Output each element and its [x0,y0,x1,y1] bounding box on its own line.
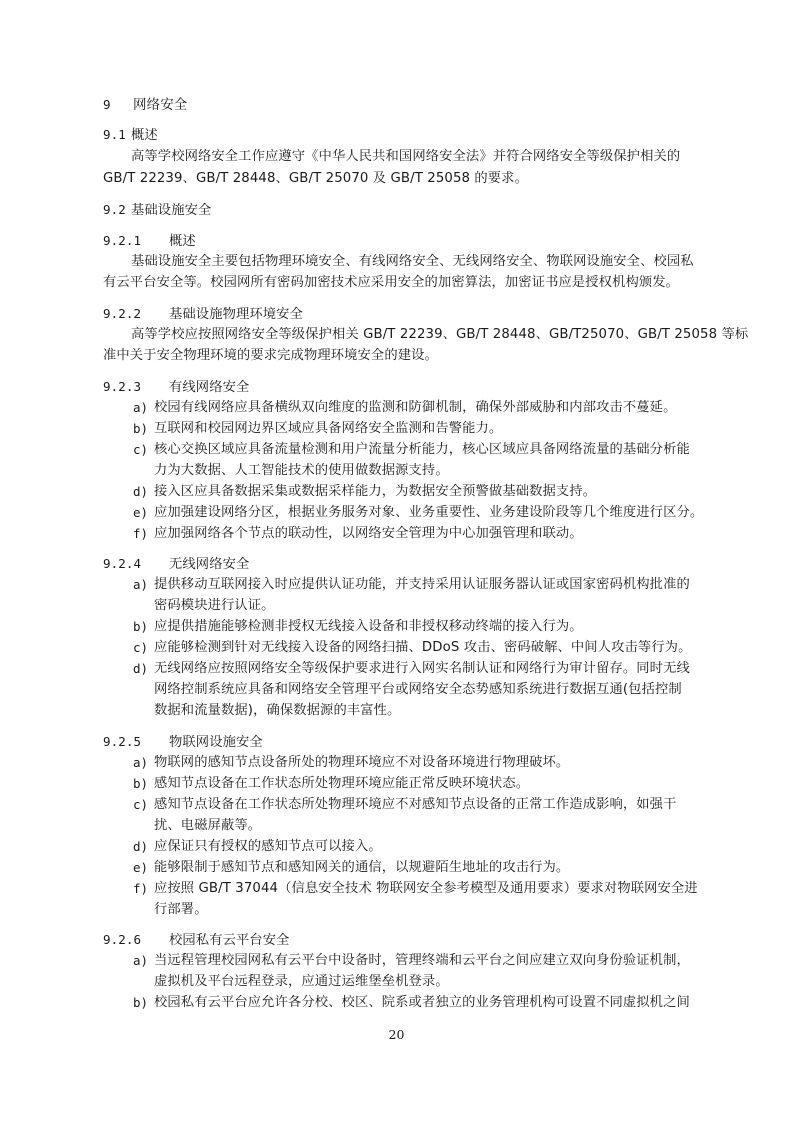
heading-title: 概述 [169,234,196,249]
heading-title: 基础设施安全 [131,203,211,218]
list-item-line: 力为大数据、人工智能技术的使用做数据源支持。 [154,462,449,480]
list-item-line: 应能够检测到针对无线接入设备的网络扫描、DDoS 攻击、密码破解、中间人攻击等行… [154,639,691,657]
list-marker: a) [133,399,148,417]
list-marker: c) [133,441,148,459]
list-item-line: 物联网的感知节点设备所处的物理环境应不对设备环境进行物理破坏。 [154,754,569,772]
list-marker: e) [133,504,148,522]
heading-9-2: 9.2基础设施安全 [103,201,211,220]
list-item-line: 无线网络应按照网络安全等级保护要求进行入网实名制认证和网络行为审计留存。同时无线 [154,660,690,678]
list-item-line: 当远程管理校园网私有云平台中设备时，管理终端和云平台之间应建立双向身份验证机制， [154,952,690,970]
heading-number: 9.2.2 [103,305,169,323]
list-item-line: 应加强网络各个节点的联动性，以网络安全管理为中心加强管理和联动。 [154,525,583,543]
heading-9-1: 9.1概述 [103,126,158,145]
list-item-line: 应提供措施能够检测非授权无线接入设备和非授权移动终端的接入行为。 [154,618,583,636]
heading-title: 无线网络安全 [169,557,249,572]
list-item-line: 互联网和校园网边界区域应具备网络安全监测和告警能力。 [154,420,502,438]
heading-number: 9.2.4 [103,555,169,573]
list-item-line: 能够限制于感知节点和感知网关的通信，以规避陌生地址的攻击行为。 [154,859,569,877]
heading-9-2-5: 9.2.5物联网设施安全 [103,733,263,752]
paragraph-line: 准中关于安全物理环境的要求完成物理环境安全的建设。 [103,347,438,365]
list-item-line: 校园有线网络应具备横纵双向维度的监测和防御机制，确保外部威胁和内部攻击不蔓延。 [154,399,676,417]
heading-number: 9.2.5 [103,733,169,751]
list-marker: f) [133,525,148,543]
heading-number: 9.2 [103,201,131,219]
paragraph-line: 高等学校网络安全工作应遵守《中华人民共和国网络安全法》并符合网络安全等级保护相关… [131,148,680,166]
heading-9-2-3: 9.2.3有线网络安全 [103,378,249,397]
list-item-line: 网络控制系统应具备和网络安全管理平台或网络安全态势感知系统进行数据互通(包括控制 [154,681,682,699]
list-item-line: 行部署。 [154,901,208,919]
paragraph-line: 有云平台安全等。校园网所有密码加密技术应采用安全的加密算法，加密证书应是授权机构… [103,274,679,292]
heading-title: 概述 [131,128,158,143]
list-item-line: 核心交换区域应具备流量检测和用户流量分析能力，核心区域应具备网络流量的基础分析能 [154,441,690,459]
list-item-line: 扰、电磁屏蔽等。 [154,817,261,835]
paragraph-line: 基础设施安全主要包括物理环境安全、有线网络安全、无线网络安全、物联网设施安全、校… [131,253,694,271]
page-number: 20 [0,1027,793,1042]
heading-9-2-6: 9.2.6校园私有云平台安全 [103,931,290,950]
list-marker: e) [133,859,148,877]
list-marker: d) [133,483,148,501]
list-marker: b) [133,618,148,636]
heading-title: 网络安全 [133,97,187,113]
heading-title: 校园私有云平台安全 [169,933,290,948]
heading-number: 9.1 [103,126,131,144]
heading-number: 9.2.1 [103,232,169,250]
list-item-line: 应保证只有授权的感知节点可以接入。 [154,838,382,856]
paragraph-line: 高等学校应按照网络安全等级保护相关 GB/T 22239、GB/T 28448、… [131,326,748,344]
document-page: 9网络安全 9.1概述 高等学校网络安全工作应遵守《中华人民共和国网络安全法》并… [0,0,793,1122]
heading-number: 9 [103,96,133,114]
list-item-line: 应按照 GB/T 37044（信息安全技术 物联网安全参考模型及通用要求）要求对… [154,880,698,898]
list-marker: b) [133,994,148,1012]
heading-title: 物联网设施安全 [169,735,263,750]
list-item-line: 提供移动互联网接入时应提供认证功能，并支持采用认证服务器认证或国家密码机构批准的 [154,576,690,594]
list-item-line: 校园私有云平台应允许各分校、校区、院系或者独立的业务管理机构可设置不同虚拟机之间 [154,994,690,1012]
list-marker: b) [133,420,148,438]
heading-title: 基础设施物理环境安全 [169,307,303,322]
heading-9-2-4: 9.2.4无线网络安全 [103,555,249,574]
list-marker: a) [133,952,148,970]
heading-9-2-1: 9.2.1概述 [103,232,196,251]
list-item-line: 感知节点设备在工作状态所处物理环境应能正常反映环境状态。 [154,775,529,793]
list-marker: f) [133,880,148,898]
list-item-line: 应加强建设网络分区，根据业务服务对象、业务重要性、业务建设阶段等几个维度进行区分… [154,504,703,522]
heading-title: 有线网络安全 [169,380,249,395]
heading-number: 9.2.6 [103,931,169,949]
list-marker: c) [133,796,148,814]
list-marker: c) [133,639,148,657]
list-item-line: 数据和流量数据)，确保数据源的丰富性。 [154,702,400,720]
list-item-line: 感知节点设备在工作状态所处物理环境应不对感知节点设备的正常工作造成影响，如强干 [154,796,676,814]
list-marker: a) [133,576,148,594]
paragraph-line: GB/T 22239、GB/T 28448、GB/T 25070 及 GB/T … [103,170,528,188]
heading-9: 9网络安全 [103,96,187,114]
list-item-line: 接入区应具备数据采集或数据采样能力，为数据安全预警做基础数据支持。 [154,483,596,501]
heading-9-2-2: 9.2.2基础设施物理环境安全 [103,305,303,324]
list-item-line: 密码模块进行认证。 [154,597,275,615]
list-marker: a) [133,754,148,772]
list-marker: b) [133,775,148,793]
list-marker: d) [133,838,148,856]
heading-number: 9.2.3 [103,378,169,396]
list-item-line: 虚拟机及平台远程登录，应通过运维堡垒机登录。 [154,973,449,991]
list-marker: d) [133,660,148,678]
